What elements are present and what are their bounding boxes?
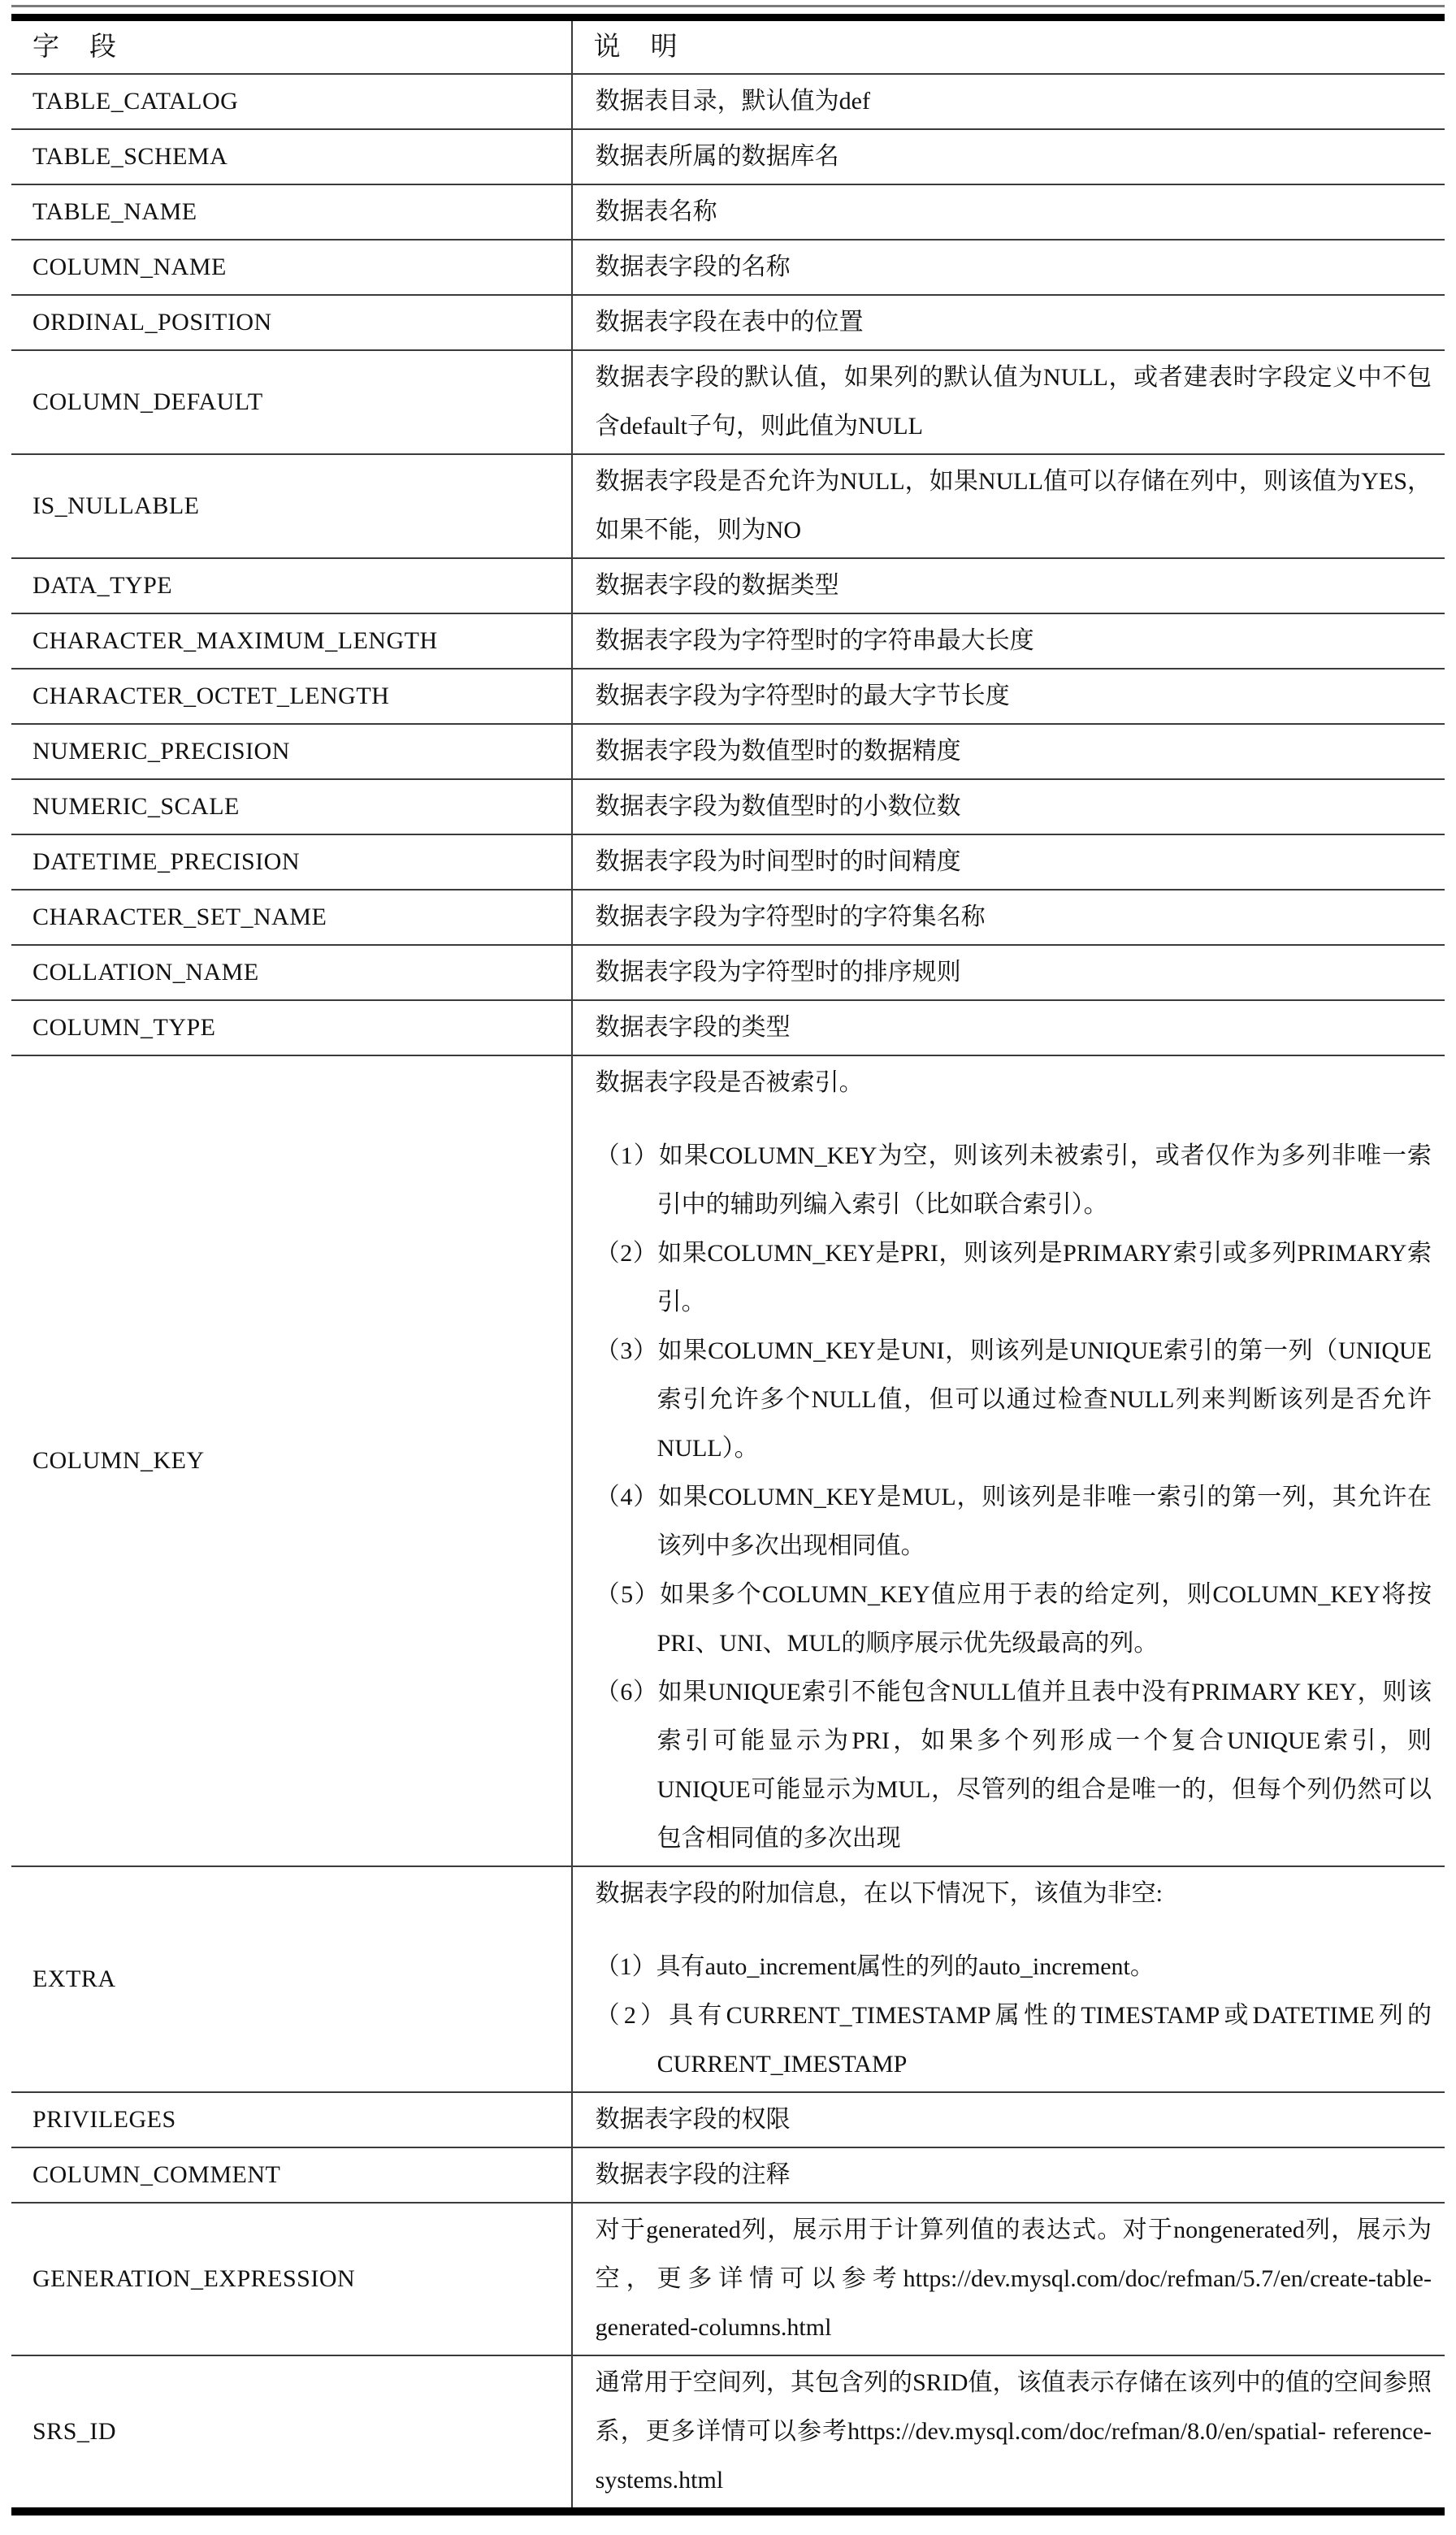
field-name-cell: TABLE_SCHEMA — [11, 129, 572, 184]
description-paragraph: 数据表字段的注释 — [596, 2151, 1432, 2199]
description-list-item: （1）如果COLUMN_KEY为空，则该列未被索引，或者仅作为多列非唯一索引中的… — [596, 1132, 1432, 1229]
field-name-cell: COLUMN_COMMENT — [11, 2147, 572, 2203]
description-paragraph: 数据表字段是否允许为NULL，如果NULL值可以存储在列中，则该值为YES，如果… — [596, 457, 1432, 555]
list-item-text: 如果UNIQUE索引不能包含NULL值并且表中没有PRIMARY KEY，则该索… — [657, 1679, 1432, 1852]
list-item-marker: （6） — [596, 1679, 658, 1705]
list-item-text: 具有auto_increment属性的列的auto_increment。 — [656, 1953, 1155, 1980]
document-page: 字 段 说 明 TABLE_CATALOG数据表目录，默认值为defTABLE_… — [0, 0, 1456, 2535]
description-list-item: （6）如果UNIQUE索引不能包含NULL值并且表中没有PRIMARY KEY，… — [596, 1668, 1432, 1863]
description-list-item: （2）如果COLUMN_KEY是PRI，则该列是PRIMARY索引或多列PRIM… — [596, 1229, 1432, 1327]
description-cell: 数据表字段为数值型时的数据精度 — [572, 724, 1445, 779]
description-cell: 数据表字段的权限 — [572, 2092, 1445, 2147]
description-paragraph: 数据表目录，默认值为def — [596, 77, 1432, 126]
field-name-cell: TABLE_CATALOG — [11, 74, 572, 129]
description-paragraph: 数据表字段是否被索引。 — [596, 1059, 1432, 1107]
list-item-marker: （1） — [596, 1142, 659, 1169]
description-list-item: （3）如果COLUMN_KEY是UNI，则该列是UNIQUE索引的第一列（UNI… — [596, 1327, 1432, 1473]
description-cell: 数据表字段为字符型时的字符集名称 — [572, 890, 1445, 945]
description-cell: 数据表所属的数据库名 — [572, 129, 1445, 184]
table-body: TABLE_CATALOG数据表目录，默认值为defTABLE_SCHEMA数据… — [11, 74, 1445, 2511]
table-row: SRS_ID通常用于空间列，其包含列的SRID值，该值表示存储在该列中的值的空间… — [11, 2355, 1445, 2511]
table-row: EXTRA数据表字段的附加信息，在以下情况下，该值为非空:（1）具有auto_i… — [11, 1866, 1445, 2092]
table-row: TABLE_NAME数据表名称 — [11, 184, 1445, 240]
field-name-cell: GENERATION_EXPRESSION — [11, 2203, 572, 2355]
table-row: TABLE_SCHEMA数据表所属的数据库名 — [11, 129, 1445, 184]
header-row: 字 段 说 明 — [11, 18, 1445, 75]
field-name-cell: COLUMN_DEFAULT — [11, 350, 572, 454]
description-paragraph: 数据表字段为数值型时的小数位数 — [596, 782, 1432, 831]
table-row: COLUMN_DEFAULT数据表字段的默认值，如果列的默认值为NULL，或者建… — [11, 350, 1445, 454]
column-header-desc: 说 明 — [572, 18, 1445, 75]
description-cell: 数据表字段为字符型时的排序规则 — [572, 945, 1445, 1000]
table-row: GENERATION_EXPRESSION对于generated列，展示用于计算… — [11, 2203, 1445, 2355]
table-row: CHARACTER_OCTET_LENGTH数据表字段为字符型时的最大字节长度 — [11, 669, 1445, 724]
description-paragraph: 数据表字段为字符型时的字符串最大长度 — [596, 617, 1432, 665]
description-paragraph: 数据表所属的数据库名 — [596, 132, 1432, 181]
list-item-marker: （4） — [596, 1484, 658, 1510]
field-name-cell: COLUMN_NAME — [11, 240, 572, 295]
field-name-cell: IS_NULLABLE — [11, 454, 572, 558]
description-cell: 数据表名称 — [572, 184, 1445, 240]
field-name-cell: COLUMN_TYPE — [11, 1000, 572, 1055]
description-paragraph: 数据表字段的类型 — [596, 1003, 1432, 1052]
field-name-cell: SRS_ID — [11, 2355, 572, 2511]
description-cell: 数据表字段为时间型时的时间精度 — [572, 834, 1445, 890]
description-paragraph: 数据表字段在表中的位置 — [596, 298, 1432, 347]
description-cell: 对于generated列，展示用于计算列值的表达式。对于nongenerated… — [572, 2203, 1445, 2355]
description-paragraph: 数据表字段的权限 — [596, 2095, 1432, 2144]
description-cell: 数据表目录，默认值为def — [572, 74, 1445, 129]
table-row: IS_NULLABLE数据表字段是否允许为NULL，如果NULL值可以存储在列中… — [11, 454, 1445, 558]
description-paragraph: 对于generated列，展示用于计算列值的表达式。对于nongenerated… — [596, 2206, 1432, 2352]
description-cell: 数据表字段在表中的位置 — [572, 295, 1445, 350]
table-row: COLUMN_KEY数据表字段是否被索引。（1）如果COLUMN_KEY为空，则… — [11, 1055, 1445, 1866]
table-row: COLUMN_NAME数据表字段的名称 — [11, 240, 1445, 295]
field-name-cell: PRIVILEGES — [11, 2092, 572, 2147]
table-row: DATETIME_PRECISION数据表字段为时间型时的时间精度 — [11, 834, 1445, 890]
description-paragraph: 数据表字段的名称 — [596, 243, 1432, 292]
column-header-field: 字 段 — [11, 18, 572, 75]
list-item-marker: （1） — [596, 1953, 656, 1980]
field-name-cell: NUMERIC_PRECISION — [11, 724, 572, 779]
description-paragraph: 数据表字段为数值型时的数据精度 — [596, 727, 1432, 776]
description-paragraph: 数据表字段为字符型时的排序规则 — [596, 948, 1432, 997]
description-cell: 数据表字段的注释 — [572, 2147, 1445, 2203]
description-paragraph: 数据表名称 — [596, 188, 1432, 236]
table-row: TABLE_CATALOG数据表目录，默认值为def — [11, 74, 1445, 129]
table-row: CHARACTER_MAXIMUM_LENGTH数据表字段为字符型时的字符串最大… — [11, 613, 1445, 669]
list-item-marker: （5） — [596, 1581, 660, 1608]
columns-info-table: 字 段 说 明 TABLE_CATALOG数据表目录，默认值为defTABLE_… — [11, 14, 1445, 2515]
description-paragraph: 数据表字段的数据类型 — [596, 561, 1432, 610]
description-cell: 数据表字段为字符型时的最大字节长度 — [572, 669, 1445, 724]
field-name-cell: TABLE_NAME — [11, 184, 572, 240]
description-list-item: （1）具有auto_increment属性的列的auto_increment。 — [596, 1943, 1432, 1991]
field-name-cell: DATA_TYPE — [11, 558, 572, 613]
description-cell: 数据表字段的附加信息，在以下情况下，该值为非空:（1）具有auto_increm… — [572, 1866, 1445, 2092]
description-cell: 数据表字段的数据类型 — [572, 558, 1445, 613]
description-cell: 数据表字段的名称 — [572, 240, 1445, 295]
table-row: COLLATION_NAME数据表字段为字符型时的排序规则 — [11, 945, 1445, 1000]
list-item-text: 具有CURRENT_TIMESTAMP属性的TIMESTAMP或DATETIME… — [657, 2002, 1432, 2078]
description-cell: 数据表字段是否被索引。（1）如果COLUMN_KEY为空，则该列未被索引，或者仅… — [572, 1055, 1445, 1866]
list-item-marker: （2） — [596, 1240, 658, 1267]
field-name-cell: CHARACTER_MAXIMUM_LENGTH — [11, 613, 572, 669]
table-row: PRIVILEGES数据表字段的权限 — [11, 2092, 1445, 2147]
table-row: ORDINAL_POSITION数据表字段在表中的位置 — [11, 295, 1445, 350]
table-row: DATA_TYPE数据表字段的数据类型 — [11, 558, 1445, 613]
field-name-cell: ORDINAL_POSITION — [11, 295, 572, 350]
top-thin-rule — [11, 5, 1445, 14]
description-list-item: （4）如果COLUMN_KEY是MUL，则该列是非唯一索引的第一列，其允许在该列… — [596, 1473, 1432, 1571]
description-cell: 数据表字段为数值型时的小数位数 — [572, 779, 1445, 834]
list-item-text: 如果COLUMN_KEY为空，则该列未被索引，或者仅作为多列非唯一索引中的辅助列… — [657, 1142, 1432, 1218]
table-row: COLUMN_TYPE数据表字段的类型 — [11, 1000, 1445, 1055]
list-item-text: 如果COLUMN_KEY是UNI，则该列是UNIQUE索引的第一列（UNIQUE… — [657, 1337, 1432, 1462]
field-name-cell: CHARACTER_SET_NAME — [11, 890, 572, 945]
description-cell: 数据表字段的默认值，如果列的默认值为NULL，或者建表时字段定义中不包含defa… — [572, 350, 1445, 454]
field-name-cell: NUMERIC_SCALE — [11, 779, 572, 834]
list-item-text: 如果COLUMN_KEY是MUL，则该列是非唯一索引的第一列，其允许在该列中多次… — [657, 1484, 1432, 1559]
description-cell: 数据表字段的类型 — [572, 1000, 1445, 1055]
description-paragraph: 数据表字段的附加信息，在以下情况下，该值为非空: — [596, 1870, 1432, 1918]
table-row: COLUMN_COMMENT数据表字段的注释 — [11, 2147, 1445, 2203]
field-name-cell: COLLATION_NAME — [11, 945, 572, 1000]
table-row: CHARACTER_SET_NAME数据表字段为字符型时的字符集名称 — [11, 890, 1445, 945]
list-item-text: 如果多个COLUMN_KEY值应用于表的给定列，则COLUMN_KEY将按PRI… — [657, 1581, 1432, 1657]
field-name-cell: COLUMN_KEY — [11, 1055, 572, 1866]
description-cell: 数据表字段为字符型时的字符串最大长度 — [572, 613, 1445, 669]
description-paragraph: 数据表字段为字符型时的最大字节长度 — [596, 672, 1432, 721]
field-name-cell: CHARACTER_OCTET_LENGTH — [11, 669, 572, 724]
description-list-item: （2）具有CURRENT_TIMESTAMP属性的TIMESTAMP或DATET… — [596, 1991, 1432, 2089]
description-list-item: （5）如果多个COLUMN_KEY值应用于表的给定列，则COLUMN_KEY将按… — [596, 1571, 1432, 1668]
field-name-cell: DATETIME_PRECISION — [11, 834, 572, 890]
table-header: 字 段 说 明 — [11, 18, 1445, 75]
description-paragraph: 数据表字段为字符型时的字符集名称 — [596, 893, 1432, 942]
description-paragraph: 数据表字段的默认值，如果列的默认值为NULL，或者建表时字段定义中不包含defa… — [596, 353, 1432, 451]
field-name-cell: EXTRA — [11, 1866, 572, 2092]
description-paragraph: 通常用于空间列，其包含列的SRID值，该值表示存储在该列中的值的空间参照系，更多… — [596, 2359, 1432, 2505]
description-paragraph: 数据表字段为时间型时的时间精度 — [596, 838, 1432, 886]
table-row: NUMERIC_SCALE数据表字段为数值型时的小数位数 — [11, 779, 1445, 834]
list-item-text: 如果COLUMN_KEY是PRI，则该列是PRIMARY索引或多列PRIMARY… — [657, 1240, 1432, 1315]
description-cell: 通常用于空间列，其包含列的SRID值，该值表示存储在该列中的值的空间参照系，更多… — [572, 2355, 1445, 2511]
table-row: NUMERIC_PRECISION数据表字段为数值型时的数据精度 — [11, 724, 1445, 779]
list-item-marker: （2） — [596, 2002, 669, 2029]
description-cell: 数据表字段是否允许为NULL，如果NULL值可以存储在列中，则该值为YES，如果… — [572, 454, 1445, 558]
list-item-marker: （3） — [596, 1337, 658, 1364]
